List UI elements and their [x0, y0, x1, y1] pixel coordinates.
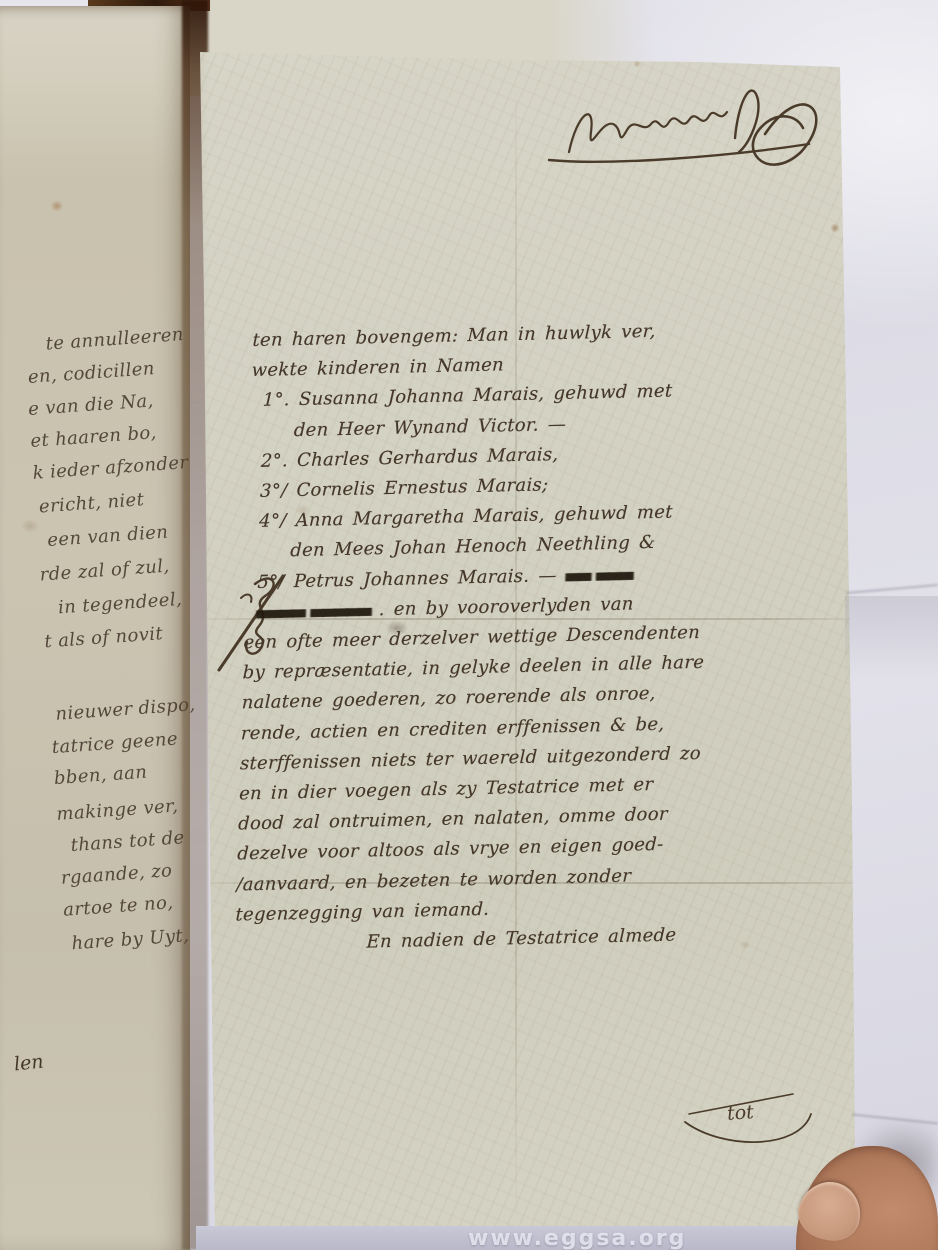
manuscript-line: rde zal of zul, [39, 556, 170, 586]
manuscript-line: te annulleeren [45, 324, 185, 355]
manuscript-line: in tegendeel, [57, 589, 182, 619]
manuscript-line: thans tot de [70, 827, 185, 856]
line-text: dood zal ontruimen, en nalaten, omme doo… [238, 804, 668, 835]
line-text: sterffenissen niets ter waereld uitgezon… [240, 743, 702, 774]
line-text: 4°/ Anna Margaretha Marais, gehuwd met [259, 502, 673, 532]
archive-photo: te annulleeren en, codicillen e van die … [0, 0, 938, 1250]
catchword: tot [683, 1092, 833, 1156]
manuscript-line: tatrice geene [51, 728, 178, 758]
line-text: rende, actien en crediten erffenissen & … [241, 713, 665, 744]
line-text: wekte kinderen in Namen [251, 355, 504, 382]
line-text: 5°/ Petrus Johannes Marais. — [257, 565, 566, 593]
left-page-catchword: len [13, 1051, 45, 1076]
line-text: 2°. Charles Gerhardus Marais, [261, 444, 559, 472]
main-text-block: ten haren bovengem: Man in huwlyk ver, w… [234, 315, 723, 961]
manuscript-line: e van die Na, [27, 390, 154, 420]
line-text: nalatene goederen, zo roerende als onroe… [241, 683, 656, 713]
line-text: by repræsentatie, in gelyke deelen in al… [242, 652, 704, 683]
manuscript-line: En nadien de Testatrice almede [366, 920, 705, 958]
line-text: den Heer Wynand Victor. — [294, 414, 567, 441]
manuscript-line: t als of novit [44, 623, 164, 652]
manuscript-line: artoe te no, [63, 892, 175, 921]
line-text: En nadien de Testatrice almede [366, 925, 676, 953]
manuscript-line: rgaande, zo [60, 860, 173, 889]
manuscript-line: hare by Uyt, [71, 925, 190, 954]
manuscript-line: bben, aan [53, 762, 148, 789]
catchword-text: tot [726, 1101, 754, 1125]
manuscript-line: nieuwer dispo, [55, 694, 196, 725]
line-text: een ofte meer derzelver wettige Descende… [243, 622, 700, 653]
manuscript-line: makinge ver, [56, 796, 179, 825]
line-text: en in dier voegen als zy Testatrice met … [239, 774, 654, 804]
line-text: tegenzegging van iemand. [235, 899, 489, 926]
signature-paraph-icon [541, 72, 841, 187]
catchword-flourish-icon [683, 1092, 833, 1156]
backing-fold-shade [845, 596, 938, 716]
left-page: te annulleeren en, codicillen e van die … [0, 6, 190, 1250]
backing-fold-crease [846, 584, 938, 594]
line-text: 1°. Susanna Johanna Marais, gehuwd met [262, 381, 672, 411]
manuscript-line: een van dien [47, 522, 169, 551]
strikeout-blot: ▆▆ ▆▆▆ [565, 567, 631, 584]
line-text: /aanvaard, en bezeten te worden zonder [236, 865, 631, 895]
line-text: dezelve voor altoos als vrye en eigen go… [237, 834, 664, 865]
strikeout-blot: ▆▆▆▆ ▆▆▆▆▆ [256, 603, 370, 621]
line-text: den Mees Johan Henoch Neethling & [290, 532, 656, 561]
main-page: ten haren bovengem: Man in huwlyk ver, w… [185, 40, 875, 1250]
watermark: www.eggsa.org [468, 1226, 888, 1250]
manuscript-line: k ieder afzonder [32, 452, 189, 484]
line-text: ten haren bovengem: Man in huwlyk ver, [252, 321, 656, 351]
manuscript-line: en, codicillen [27, 358, 155, 388]
manuscript-line: et haaren bo, [30, 422, 158, 452]
line-text: . en by vooroverlyden van [369, 593, 634, 620]
manuscript-line: ericht, niet [38, 489, 145, 517]
line-text: 3°/ Cornelis Ernestus Marais; [260, 474, 549, 502]
